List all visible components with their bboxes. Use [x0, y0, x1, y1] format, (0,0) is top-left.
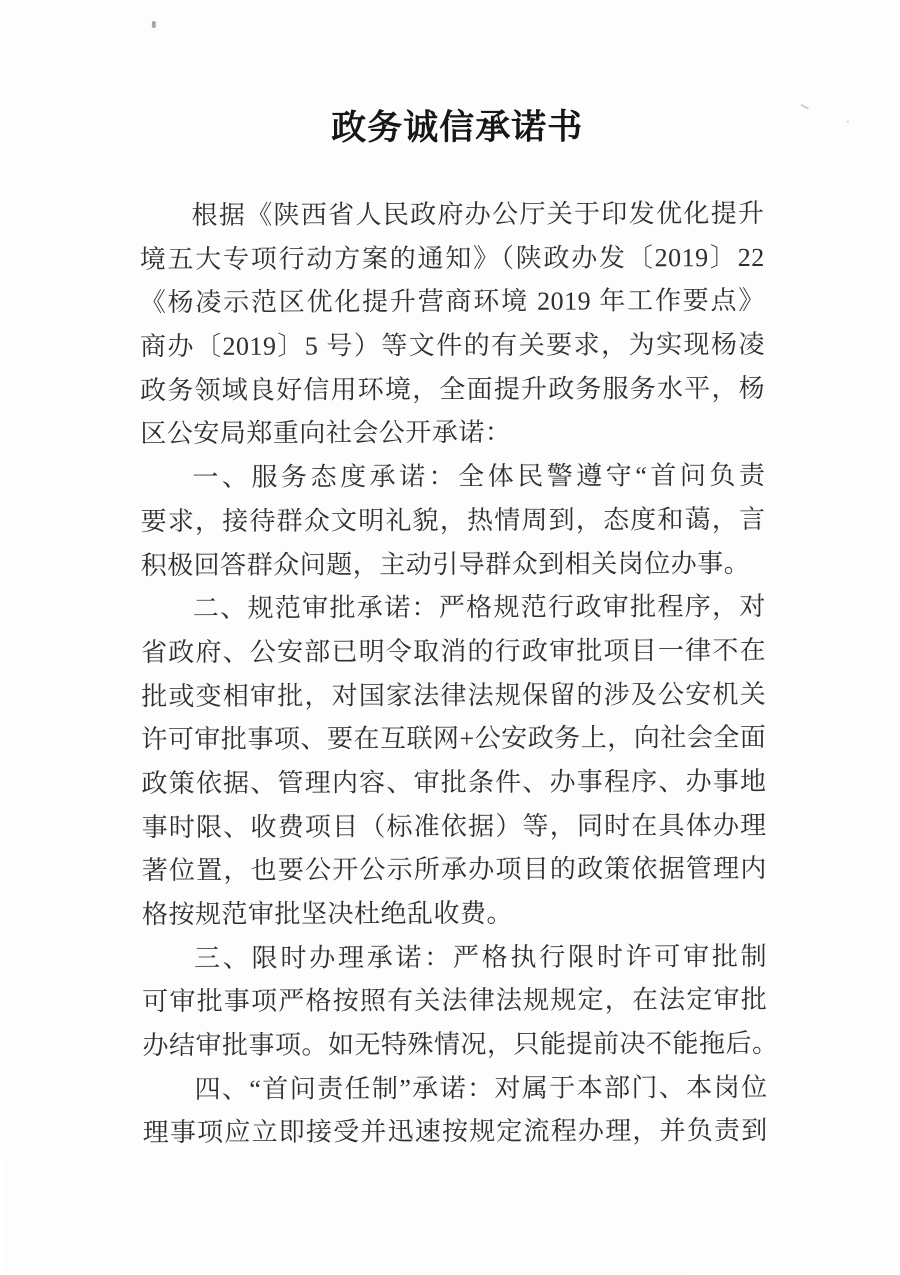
text-line: 著位置，也要公开公示所承办项目的政策依据管理内容。严 [142, 847, 767, 893]
text-line: 积极回答群众问题，主动引导群众到相关岗位办事。 [141, 541, 766, 587]
document-title: 政务诚信承诺书 [7, 98, 900, 151]
text-line: 批或变相审批，对国家法律法规保留的涉及公安机关的行政 [141, 672, 766, 718]
text-line: 政策依据、管理内容、审批条件、办事程序、办事地点、办 [141, 760, 766, 806]
text-line: 省政府、公安部已明令取消的行政审批项目一律不在进行审 [141, 629, 766, 675]
text-line: 境五大专项行动方案的通知》（陕政办发〔2019〕22 号）、 [140, 236, 765, 282]
text-line: 办结审批事项。如无特殊情况，只能提前决不能拖后。 [142, 1022, 767, 1068]
text-line: 二、规范审批承诺：严格规范行政审批程序，对国务院、 [141, 585, 766, 631]
text-line: 《杨凌示范区优化提升营商环境 2019 年工作要点》（杨营 [140, 279, 765, 325]
text-line: 许可审批事项、要在互联网+公安政务上，向社会全面公开 [141, 716, 766, 762]
text-line: 事时限、收费项目（标准依据）等，同时在具体办理部门显 [142, 804, 767, 850]
text-line: 可审批事项严格按照有关法律法规规定，在法定审批时限内 [142, 978, 767, 1024]
text-line: 根据《陕西省人民政府办公厅关于印发优化提升营商环 [139, 192, 764, 238]
text-line: 区公安局郑重向社会公开承诺： [140, 410, 765, 456]
text-line: 要求，接待群众文明礼貌，热情周到，态度和蔼，言语平和， [141, 498, 766, 544]
document-body: 根据《陕西省人民政府办公厅关于印发优化提升营商环 境五大专项行动方案的通知》（陕… [139, 192, 767, 1155]
text-line: 理事项应立即接受并迅速按规定流程办理，并负责到底，对 [143, 1109, 768, 1155]
text-line: 四、“首问责任制”承诺：对属于本部门、本岗位的办 [143, 1066, 768, 1112]
text-line: 三、限时办理承诺：严格执行限时许可审批制度，凡许 [142, 935, 767, 981]
text-line: 政务领域良好信用环境，全面提升政务服务水平，杨凌示范 [140, 367, 765, 413]
scan-speck [152, 21, 156, 28]
text-line: 一、服务态度承诺：全体民警遵守“首问负责制”工作 [140, 454, 765, 500]
scanned-document-page: 政务诚信承诺书 根据《陕西省人民政府办公厅关于印发优化提升营商环 境五大专项行动… [0, 0, 900, 1275]
text-line: 格按规范审批坚决杜绝乱收费。 [142, 891, 767, 937]
text-line: 商办〔2019〕5 号）等文件的有关要求，为实现杨凌示范区 [140, 323, 765, 369]
